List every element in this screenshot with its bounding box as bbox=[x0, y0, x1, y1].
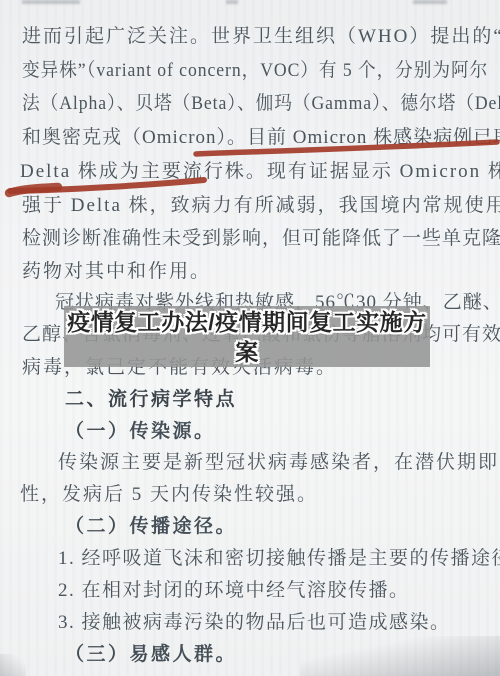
document-line: 变异株”（variant of concern，VOC）有 5 个，分别为阿尔 bbox=[22, 59, 488, 83]
subsection-heading: （三）易感人群。 bbox=[65, 643, 237, 667]
document-page: 进而引起广泛关注。世界卫生组织（WHO）提出的“关切的 变异株”（variant… bbox=[0, 0, 500, 676]
page-shadow-bottom-left bbox=[0, 654, 26, 676]
page-shadow-bottom-right bbox=[300, 636, 500, 676]
document-line: 进而引起广泛关注。世界卫生组织（WHO）提出的“关切的 bbox=[22, 25, 500, 49]
document-line: 强于 Delta 株，致病力有所减弱，我国境内常规使用的 PCR bbox=[22, 194, 500, 218]
clipped-top-line-fragment bbox=[226, 0, 238, 4]
title-overlay: 疫情复工办法/疫情期间复工实施方 案 bbox=[64, 306, 430, 367]
numbered-item: 3. 接触被病毒污染的物品后也可造成感染。 bbox=[58, 611, 451, 635]
document-line: 传染源主要是新型冠状病毒感染者，在潜伏期即有传染 bbox=[58, 451, 500, 475]
clipped-top-line-fragment bbox=[413, 0, 447, 4]
clipped-top-line-fragment bbox=[22, 0, 80, 4]
document-line: 法（Alpha）、贝塔（Beta）、伽玛（Gamma）、德尔塔（Delta） bbox=[22, 92, 500, 116]
section-heading: 二、流行病学特点 bbox=[65, 388, 237, 412]
document-line: 性，发病后 5 天内传染性较强。 bbox=[20, 483, 318, 507]
subsection-heading: （二）传播途径。 bbox=[65, 515, 237, 539]
document-line: 检测诊断准确性未受到影响，但可能降低了一些单克隆抗体 bbox=[22, 227, 500, 251]
overlay-title-line2: 案 bbox=[235, 337, 259, 367]
numbered-item: 2. 在相对封闭的环境中经气溶胶传播。 bbox=[58, 579, 410, 603]
numbered-item: 1. 经呼吸道飞沫和密切接触传播是主要的传播途径。 bbox=[58, 547, 500, 571]
subsection-heading: （一）传染源。 bbox=[65, 420, 216, 444]
document-line: 和奥密克戎（Omicron）。目前 Omicron 株感染病例已取代 bbox=[22, 126, 500, 150]
overlay-title-line1: 疫情复工办法/疫情期间复工实施方 bbox=[67, 307, 426, 337]
document-line: 药物对其中和作用。 bbox=[22, 260, 211, 284]
document-line: Delta 株成为主要流行株。现有证据显示 Omicron 株传播力 bbox=[20, 160, 500, 184]
